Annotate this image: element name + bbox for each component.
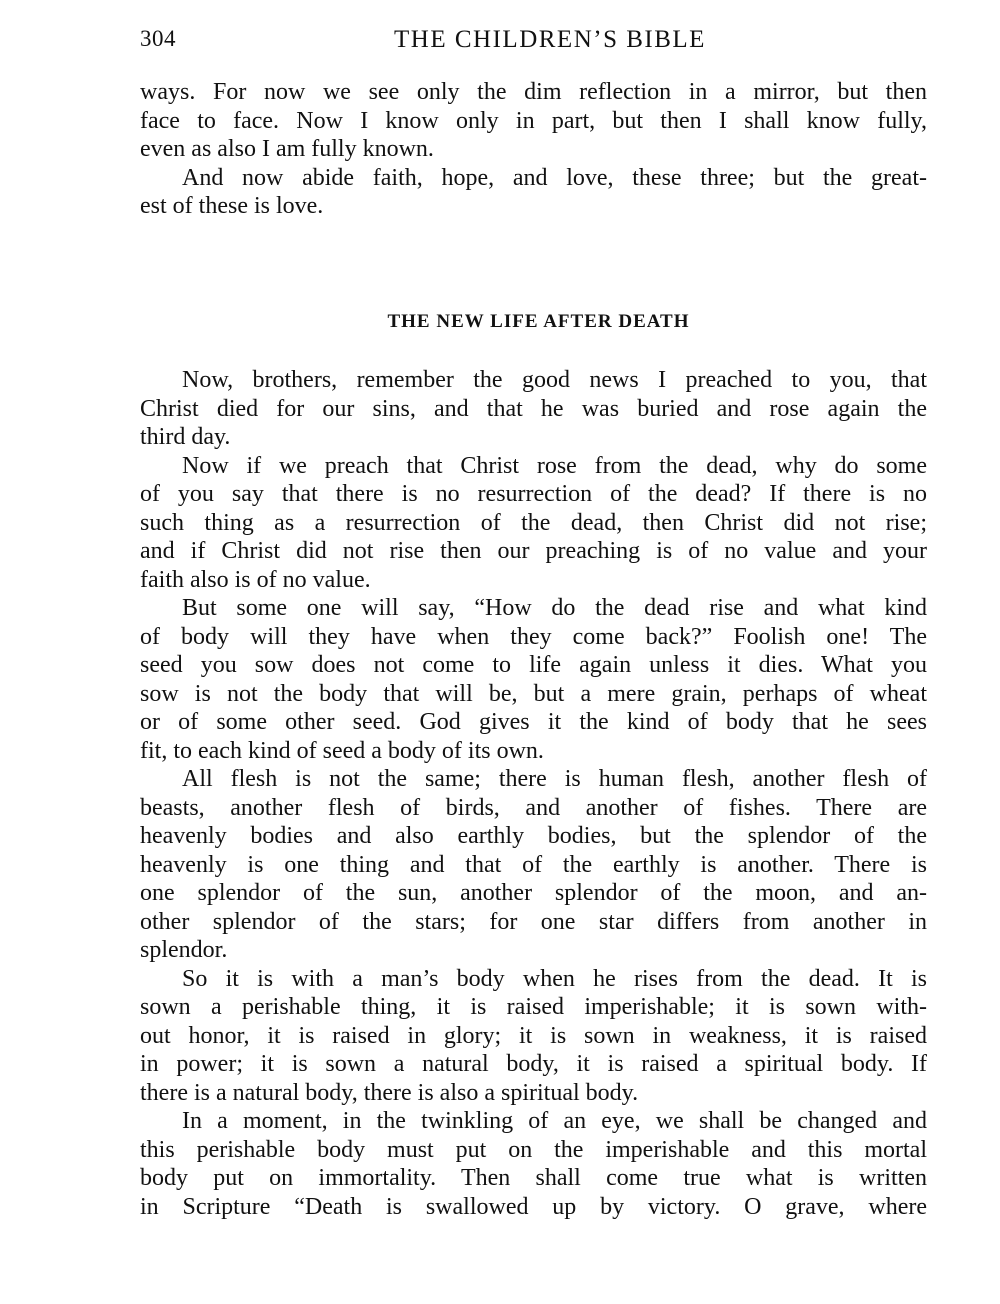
text-line: one splendor of the sun, another splendo… xyxy=(140,879,927,908)
text-line: this perishable body must put on the imp… xyxy=(140,1136,927,1165)
continued-text: ways. For now we see only the dim reflec… xyxy=(140,78,927,221)
paragraph: Now if we preach that Christ rose from t… xyxy=(140,452,927,595)
text-line: sown a perishable thing, it is raised im… xyxy=(140,993,927,1022)
text-line: and if Christ did not rise then our prea… xyxy=(140,537,927,566)
text-line: Christ died for our sins, and that he wa… xyxy=(140,395,927,424)
paragraph: But some one will say, “How do the dead … xyxy=(140,594,927,765)
text-line: heavenly is one thing and that of the ea… xyxy=(140,851,927,880)
paragraph: And now abide faith, hope, and love, the… xyxy=(140,164,927,221)
text-line: Now, brothers, remember the good news I … xyxy=(140,366,927,395)
paragraph: Now, brothers, remember the good news I … xyxy=(140,366,927,452)
text-line: or of some other seed. God gives it the … xyxy=(140,708,927,737)
text-line: even as also I am fully known. xyxy=(140,135,927,164)
text-line: sow is not the body that will be, but a … xyxy=(140,680,927,709)
paragraph: All flesh is not the same; there is huma… xyxy=(140,765,927,965)
text-line: in Scripture “Death is swallowed up by v… xyxy=(140,1193,927,1222)
text-line: In a moment, in the twinkling of an eye,… xyxy=(140,1107,927,1136)
text-line: other splendor of the stars; for one sta… xyxy=(140,908,927,937)
text-line: face to face. Now I know only in part, b… xyxy=(140,107,927,136)
section-body: Now, brothers, remember the good news I … xyxy=(140,366,927,1221)
text-line: third day. xyxy=(140,423,927,452)
text-line: there is a natural body, there is also a… xyxy=(140,1079,927,1108)
section-heading: THE NEW LIFE AFTER DEATH xyxy=(140,311,927,333)
text-line: ways. For now we see only the dim reflec… xyxy=(140,78,927,107)
text-line: body put on immortality. Then shall come… xyxy=(140,1164,927,1193)
text-line: beasts, another flesh of birds, and anot… xyxy=(140,794,927,823)
text-line: So it is with a man’s body when he rises… xyxy=(140,965,927,994)
book-title: THE CHILDREN’S BIBLE xyxy=(140,26,930,54)
text-line: All flesh is not the same; there is huma… xyxy=(140,765,927,794)
text-line: of body will they have when they come ba… xyxy=(140,623,927,652)
text-line: splendor. xyxy=(140,936,927,965)
text-line: Now if we preach that Christ rose from t… xyxy=(140,452,927,481)
running-header: 304 THE CHILDREN’S BIBLE xyxy=(140,26,930,60)
text-line: such thing as a resurrection of the dead… xyxy=(140,509,927,538)
text-line: seed you sow does not come to life again… xyxy=(140,651,927,680)
text-line: faith also is of no value. xyxy=(140,566,927,595)
text-line: out honor, it is raised in glory; it is … xyxy=(140,1022,927,1051)
text-line: heavenly bodies and also earthly bodies,… xyxy=(140,822,927,851)
text-line: And now abide faith, hope, and love, the… xyxy=(140,164,927,193)
text-line: fit, to each kind of seed a body of its … xyxy=(140,737,927,766)
text-line: est of these is love. xyxy=(140,192,927,221)
text-line: of you say that there is no resurrection… xyxy=(140,480,927,509)
text-line: in power; it is sown a natural body, it … xyxy=(140,1050,927,1079)
paragraph: So it is with a man’s body when he rises… xyxy=(140,965,927,1108)
paragraph: ways. For now we see only the dim reflec… xyxy=(140,78,927,164)
text-line: But some one will say, “How do the dead … xyxy=(140,594,927,623)
book-page: 304 THE CHILDREN’S BIBLE ways. For now w… xyxy=(0,0,1000,1304)
paragraph: In a moment, in the twinkling of an eye,… xyxy=(140,1107,927,1221)
